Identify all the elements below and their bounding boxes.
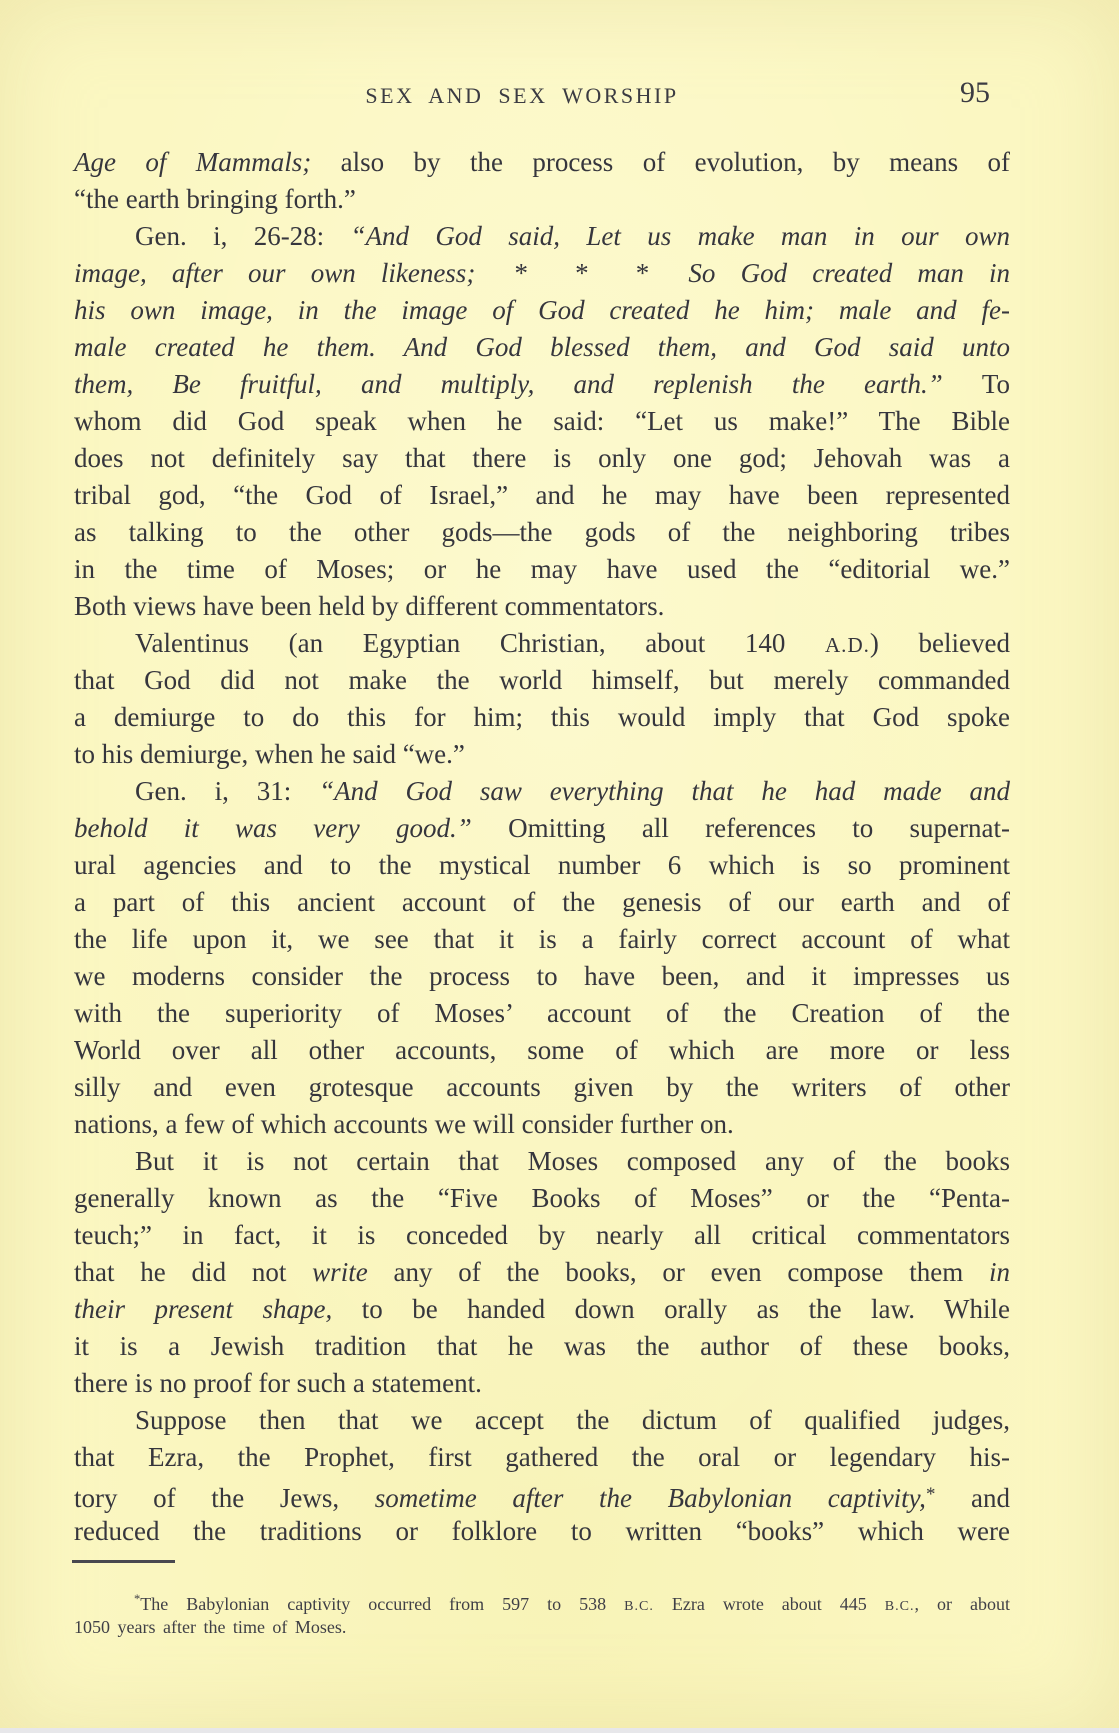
text-segment: with the superiority of Moses’ account o… — [74, 998, 1010, 1028]
paragraph-4-line-1: Gen. i, 31: “And God saw everything that… — [74, 773, 1010, 810]
paragraph-5-line-4: that he did not write any of the books, … — [74, 1254, 1010, 1291]
text-segment: ) believed — [870, 628, 1010, 658]
text-segment: tribal god, “the God of Israel,” and he … — [74, 480, 1010, 510]
text-segment: “the earth bringing forth.” — [74, 184, 356, 214]
paragraph-3-line-3: a demiurge to do this for him; this woul… — [74, 699, 1010, 736]
text-segment: silly and even grotesque accounts given … — [74, 1072, 1010, 1102]
text-segment: the life upon it, we see that it is a fa… — [74, 924, 1010, 954]
text-segment: we moderns consider the process to have … — [74, 961, 1010, 991]
asterisk-separator: * * * — [514, 258, 649, 288]
paragraph-4-line-10: nations, a few of which accounts we will… — [74, 1106, 1010, 1143]
text-segment: to be handed down orally as the law. Whi… — [362, 1294, 1010, 1324]
text-segment: them, Be fruitful, and multiply, and rep… — [74, 369, 982, 399]
text-segment: that Ezra, the Prophet, first gathered t… — [74, 1442, 1010, 1472]
text-segment: also by the process of evolution, by mea… — [311, 147, 1010, 177]
paragraph-2-line-4: male created he them. And God blessed th… — [74, 329, 1010, 366]
text-segment: World over all other accounts, some of w… — [74, 1035, 1010, 1065]
paragraph-2-line-8: tribal god, “the God of Israel,” and he … — [74, 477, 1010, 514]
text-segment: The Babylonian captivity occurred from 5… — [140, 1594, 624, 1614]
paragraph-2-line-5: them, Be fruitful, and multiply, and rep… — [74, 366, 1010, 403]
paragraph-5-line-5: their present shape, to be handed down o… — [74, 1291, 1010, 1328]
text-segment: it is a Jewish tradition that he was the… — [74, 1331, 1010, 1361]
text-segment: as talking to the other gods—the gods of… — [74, 517, 1010, 547]
paragraph-4-line-5: the life upon it, we see that it is a fa… — [74, 921, 1010, 958]
scan-bottom-edge — [0, 1728, 1119, 1733]
text-segment: their present shape, — [74, 1294, 362, 1324]
running-header: SEX AND SEX WORSHIP 95 — [74, 76, 1010, 116]
paragraph-2-line-9: as talking to the other gods—the gods of… — [74, 514, 1010, 551]
paragraph-5-line-1: But it is not certain that Moses compose… — [74, 1143, 1010, 1180]
text-segment: to his demiurge, when he said “we.” — [74, 739, 465, 769]
paragraph-4-line-3: ural agencies and to the mystical number… — [74, 847, 1010, 884]
text-segment: “And God said, Let us make man in our ow… — [351, 221, 1010, 251]
text-segment: Both views have been held by different c… — [74, 591, 664, 621]
paragraph-6-line-2: that Ezra, the Prophet, first gathered t… — [74, 1439, 1010, 1476]
text-segment: image, after our own likeness; — [74, 258, 500, 288]
text-segment: Omitting all references to supernat- — [508, 813, 1010, 843]
text-segment: any of the books, or even compose them — [368, 1257, 989, 1287]
paragraph-6-line-3: tory of the Jews, sometime after the Bab… — [74, 1476, 1010, 1513]
text-segment: ural agencies and to the mystical number… — [74, 850, 1010, 880]
paragraph-5-line-6: it is a Jewish tradition that he was the… — [74, 1328, 1010, 1365]
paragraph-4-line-2: behold it was very good.” Omitting all r… — [74, 810, 1010, 847]
paragraph-3-line-2: that God did not make the world himself,… — [74, 662, 1010, 699]
running-title: SEX AND SEX WORSHIP — [74, 83, 970, 109]
paragraph-6-line-1: Suppose then that we accept the dictum o… — [74, 1402, 1010, 1439]
text-segment: “And God saw everything that he had made… — [319, 776, 1010, 806]
text-segment: sometime after the Babylonian captivity, — [375, 1483, 926, 1513]
text-segment: Suppose then that we accept the dictum o… — [135, 1405, 1010, 1435]
text-segment: Valentinus (an Egyptian Christian, about… — [135, 628, 825, 658]
paragraph-3-line-1: Valentinus (an Egyptian Christian, about… — [74, 625, 1010, 662]
text-segment: But it is not certain that Moses compose… — [135, 1146, 1010, 1176]
paragraph-2-line-10: in the time of Moses; or he may have use… — [74, 551, 1010, 588]
text-segment: Gen. i, 26-28: — [135, 221, 351, 251]
text-segment: generally known as the “Five Books of Mo… — [74, 1183, 1010, 1213]
text-segment: that he did not — [74, 1257, 312, 1287]
text-segment: in the time of Moses; or he may have use… — [74, 554, 1010, 584]
paragraph-4-line-6: we moderns consider the process to have … — [74, 958, 1010, 995]
book-page-scan: SEX AND SEX WORSHIP 95 Age of Mammals; a… — [0, 0, 1119, 1733]
text-segment: tory of the Jews, — [74, 1483, 375, 1513]
text-segment: male created he them. And God blessed th… — [74, 332, 1010, 362]
paragraph-5-line-3: teuch;” in fact, it is conceded by nearl… — [74, 1217, 1010, 1254]
text-segment: , or about — [915, 1594, 1010, 1614]
text-segment: his own image, in the image of God creat… — [74, 295, 1010, 325]
text-segment: that God did not make the world himself,… — [74, 665, 1010, 695]
text-segment: in — [989, 1257, 1010, 1287]
footnote-line-1: *The Babylonian captivity occurred from … — [74, 1585, 1010, 1613]
text-segment: reduced the traditions or folklore to wr… — [74, 1516, 1010, 1546]
text-segment: there is no proof for such a statement. — [74, 1368, 482, 1398]
text-segment: To — [982, 369, 1010, 399]
text-segment: behold it was very good.” — [74, 813, 508, 843]
paragraph-2-line-11: Both views have been held by different c… — [74, 588, 1010, 625]
paragraph-6-line-4: reduced the traditions or folklore to wr… — [74, 1513, 1010, 1550]
paragraph-4-line-4: a part of this ancient account of the ge… — [74, 884, 1010, 921]
paragraph-2-line-7: does not definitely say that there is on… — [74, 440, 1010, 477]
page-number: 95 — [960, 76, 990, 110]
text-segment: nations, a few of which accounts we will… — [74, 1109, 734, 1139]
paragraph-4-line-8: World over all other accounts, some of w… — [74, 1032, 1010, 1069]
text-segment: and — [935, 1483, 1010, 1513]
text-segment: teuch;” in fact, it is conceded by nearl… — [74, 1220, 1010, 1250]
text-segment: a part of this ancient account of the ge… — [74, 887, 1010, 917]
paragraph-2-line-3: his own image, in the image of God creat… — [74, 292, 1010, 329]
paragraph-2-line-2: image, after our own likeness; * * * So … — [74, 255, 1010, 292]
paragraph-2-line-1: Gen. i, 26-28: “And God said, Let us mak… — [74, 218, 1010, 255]
text-segment: Ezra wrote about 445 — [654, 1594, 885, 1614]
text-segment: So God created man in — [663, 258, 1010, 288]
text-segment: B.C. — [624, 1598, 654, 1614]
text-segment: Age of Mammals; — [74, 147, 311, 177]
footnote-line-2: 1050 years after the time of Moses. — [74, 1613, 1010, 1641]
paragraph-2-line-6: whom did God speak when he said: “Let us… — [74, 403, 1010, 440]
text-segment: a demiurge to do this for him; this woul… — [74, 702, 1010, 732]
paragraph-1-line-2: “the earth bringing forth.” — [74, 181, 1010, 218]
text-segment: write — [312, 1257, 368, 1287]
footnote-rule — [72, 1560, 175, 1563]
text-segment: A.D. — [825, 633, 870, 657]
text-segment: B.C. — [885, 1598, 915, 1614]
text-segment: 1050 years after the time of Moses. — [74, 1617, 346, 1637]
text-segment: whom did God speak when he said: “Let us… — [74, 406, 1010, 436]
body-text: Age of Mammals; also by the process of e… — [74, 144, 1010, 1550]
footnote-marker: * — [926, 1484, 935, 1505]
footnote-text: *The Babylonian captivity occurred from … — [74, 1585, 1010, 1641]
text-segment: Gen. i, 31: — [135, 776, 319, 806]
paragraph-3-line-4: to his demiurge, when he said “we.” — [74, 736, 1010, 773]
paragraph-5-line-2: generally known as the “Five Books of Mo… — [74, 1180, 1010, 1217]
text-segment: does not definitely say that there is on… — [74, 443, 1010, 473]
paragraph-5-line-7: there is no proof for such a statement. — [74, 1365, 1010, 1402]
paragraph-1-line-1: Age of Mammals; also by the process of e… — [74, 144, 1010, 181]
paragraph-4-line-7: with the superiority of Moses’ account o… — [74, 995, 1010, 1032]
paragraph-4-line-9: silly and even grotesque accounts given … — [74, 1069, 1010, 1106]
